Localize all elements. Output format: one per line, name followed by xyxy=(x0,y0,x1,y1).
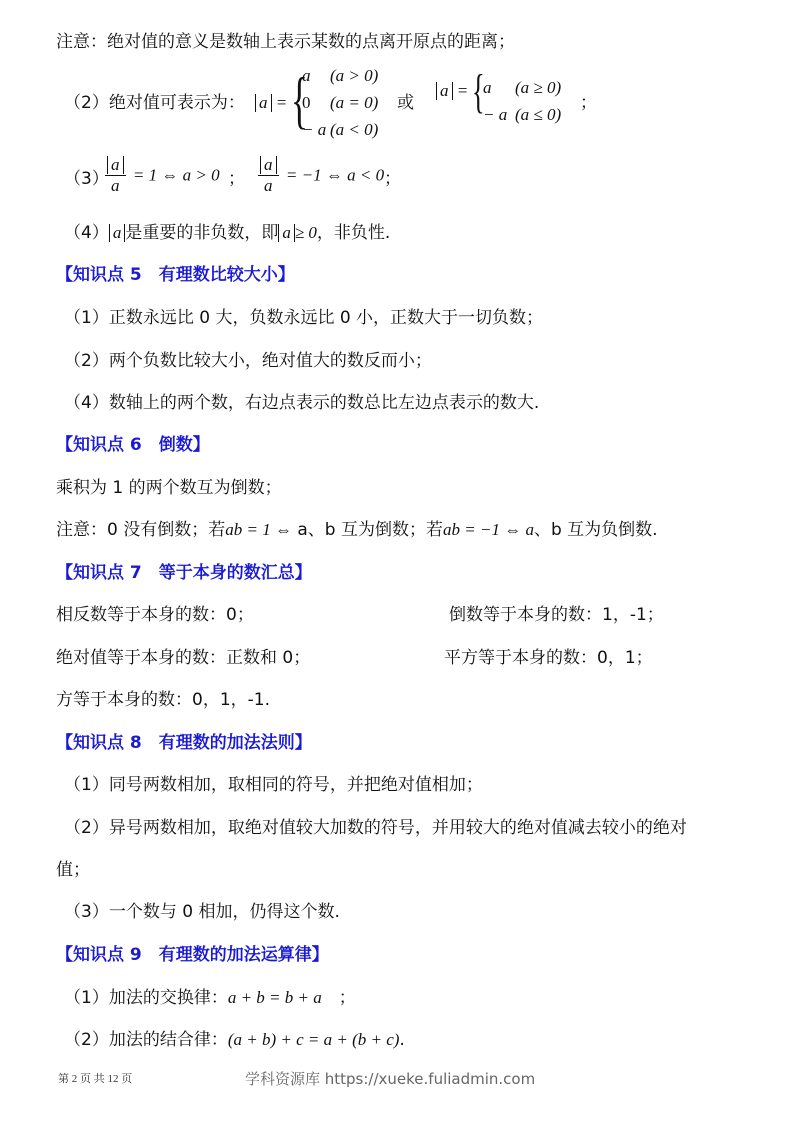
commutative-law: （1）加法的交换律：a + b = b + a ； xyxy=(64,987,356,1009)
section-heading-8: 【知识点 8 有理数的加法法则】 xyxy=(56,732,312,754)
case-row: − a(a < 0) xyxy=(302,120,378,140)
item-2-label: （2）绝对值可表示为： xyxy=(64,92,245,114)
semicolon: ； xyxy=(384,168,401,190)
list-item: （1）正数永远比 0 大，负数永远比 0 小，正数大于一切负数； xyxy=(64,307,543,329)
list-item: （4）数轴上的两个数，右边点表示的数总比左边点表示的数大. xyxy=(64,392,539,414)
case-row: 0(a = 0) xyxy=(302,93,378,113)
or-label: 或 xyxy=(397,92,414,114)
abs-a-lhs-1: a = xyxy=(255,92,287,114)
page-number: 第 2 页 共 12 页 xyxy=(58,1070,132,1086)
list-item: （3）一个数与 0 相加，仍得这个数. xyxy=(64,901,340,923)
list-item: 值； xyxy=(56,859,90,881)
summary-left: 方等于本身的数：0，1，-1. xyxy=(56,689,270,711)
list-item: 乘积为 1 的两个数互为倒数； xyxy=(56,477,282,499)
section-heading-5: 【知识点 5 有理数比较大小】 xyxy=(56,264,295,286)
case-row: − a(a ≤ 0) xyxy=(483,105,561,125)
item-4: （4）a是重要的非负数，即a≥ 0，非负性. xyxy=(64,222,390,244)
absolute-value-note: 注意：绝对值的意义是数轴上表示某数的点离开原点的距离； xyxy=(56,31,515,53)
summary-right: 平方等于本身的数：0，1； xyxy=(444,647,653,669)
list-item: （1）同号两数相加，取相同的符号，并把绝对值相加； xyxy=(64,774,483,796)
watermark: 学科资源库 https://xueke.fuliadmin.com xyxy=(245,1068,535,1089)
summary-left: 相反数等于本身的数：0； xyxy=(56,604,254,626)
reciprocal-note: 注意：0 没有倒数；若ab = 1 ⇔ a、b 互为倒数；若ab = −1 ⇔ … xyxy=(56,519,658,541)
summary-right: 倒数等于本身的数：1，-1； xyxy=(449,604,664,626)
fraction-expr-1: aa = 1 ⇔ a > 0 xyxy=(103,155,220,196)
list-item: （2）两个负数比较大小，绝对值大的数反而小； xyxy=(64,350,432,372)
case-row: a(a ≥ 0) xyxy=(483,78,561,98)
list-item: （2）异号两数相加，取绝对值较大加数的符号，并用较大的绝对值减去较小的绝对 xyxy=(64,817,687,839)
section-heading-7: 【知识点 7 等于本身的数汇总】 xyxy=(56,562,312,584)
section-heading-6: 【知识点 6 倒数】 xyxy=(56,434,210,456)
section-heading-9: 【知识点 9 有理数的加法运算律】 xyxy=(56,944,329,966)
fraction-expr-2: aa = −1 ⇔ a < 0 xyxy=(256,155,384,196)
abs-a-lhs-2: a = xyxy=(436,80,468,102)
summary-left: 绝对值等于本身的数：正数和 0； xyxy=(56,647,310,669)
separator: ； xyxy=(228,168,245,190)
semicolon: ； xyxy=(580,92,597,114)
case-row: a(a > 0) xyxy=(302,66,378,86)
associative-law: （2）加法的结合律：(a + b) + c = a + (b + c). xyxy=(64,1029,405,1051)
